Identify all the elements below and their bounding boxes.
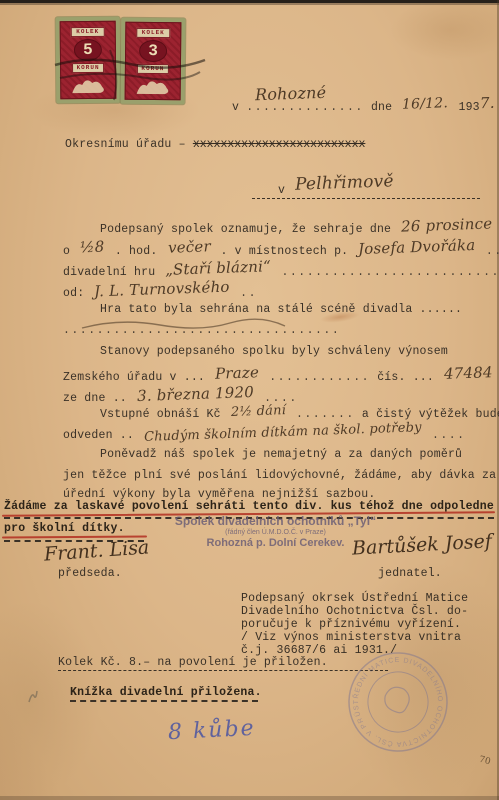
body-line-4: od: J. L. Turnovského .. xyxy=(63,282,257,300)
typed-text: Poněvadž náš spolek je nemajetný a za da… xyxy=(100,448,462,461)
place-underline xyxy=(252,198,480,199)
society-name: Spolek divadelních ochotníků „Tyl“ xyxy=(168,514,383,528)
scan-edge-bottom xyxy=(0,796,499,800)
handwritten-play-title: „Staří blázni“ xyxy=(165,257,272,279)
place-prefix: v xyxy=(278,184,285,197)
stamp-cancellation-mark xyxy=(50,20,210,120)
endorsement-line: poručuje k příznivému vyřízení. xyxy=(241,618,468,631)
chairman-role: předseda. xyxy=(58,567,122,580)
dotted-blank: .... xyxy=(432,429,466,442)
addressee-struck-text: xxxxxxxxxxxxxxxxxxxxxxxxx xyxy=(193,138,366,151)
typed-text: Podepsaný spolek oznamuje, že sehraje dn… xyxy=(100,223,391,236)
dateline: v Rohozné .............. dne 16/12. 1937… xyxy=(232,96,498,114)
pen-wave-strike xyxy=(80,316,290,332)
typed-text: o xyxy=(63,245,70,258)
secretary-role: jednatel. xyxy=(378,567,442,580)
dotted-blank: .. xyxy=(240,287,257,300)
typed-text: divadelní hru xyxy=(63,266,155,279)
handwritten-author: J. L. Turnovského xyxy=(94,278,230,301)
typed-text: od: xyxy=(63,287,84,300)
dateline-place-handwritten: Rohozné xyxy=(255,83,327,104)
request-line-2: pro školní dítky. xyxy=(4,522,125,535)
archive-corner-number: 70 xyxy=(478,755,492,767)
endorsement-line: Podepsaný okrsek Ústřední Matice xyxy=(241,592,468,605)
typed-text: jednatel. xyxy=(378,567,442,580)
dotted-blank: ............ xyxy=(269,371,370,384)
handwritten-fee: 2½ dání xyxy=(231,403,287,420)
stanovy-line-2: Zemského úřadu v ... Praze ............ … xyxy=(63,366,499,384)
typed-text: Stanovy podepsaného spolku byly schválen… xyxy=(100,345,448,358)
addressee-line: Okresnímu úřadu – xxxxxxxxxxxxxxxxxxxxxx… xyxy=(65,138,365,151)
body-line-2: o ½8 . hod. večer . v místnostech p. Jos… xyxy=(63,240,499,258)
dateline-dne: dne xyxy=(371,101,392,114)
kolek-line: Kolek Kč. 8.– na povolení je přiložen. xyxy=(58,656,328,669)
typed-text: jen těžce plní své poslání lidovýchovné,… xyxy=(63,469,496,482)
endorsement-line: / Viz výnos ministerstva vnitra xyxy=(241,631,468,644)
stanovy-line-3: ze dne .. 3. března 1920 .... xyxy=(63,387,298,405)
handwritten-beneficiary: Chudým školním dítkám na škol. potřeby xyxy=(144,420,422,445)
body-line-3: divadelní hru „Staří blázni“ ...........… xyxy=(63,261,499,279)
typed-text: Vstupné obnáší Kč xyxy=(100,408,221,421)
society-rubber-stamp: Spolek divadelních ochotníků „Tyl“ (řádn… xyxy=(168,514,383,549)
handwritten-date: 26 prosince xyxy=(401,214,493,235)
handwritten-evening: večer xyxy=(167,237,210,256)
dateline-day-handwritten: 16/12. xyxy=(402,95,449,113)
dotted-blank: ......... xyxy=(486,245,499,258)
society-membership: (řádný člen Ú.M.D.O.Č. v Praze) xyxy=(168,529,383,536)
ponevadz-line-2: jen těžce plní své poslání lidovýchovné,… xyxy=(63,469,496,482)
vstupne-line-1: Vstupné obnáší Kč 2½ dání ....... a čist… xyxy=(63,406,499,421)
handwritten-city: Praze xyxy=(215,363,260,383)
dateline-year-handwritten: 7. xyxy=(479,94,494,113)
knizka-line: Knížka divadelní přiložena. xyxy=(70,686,262,699)
typed-text: . v místnostech p. xyxy=(220,245,348,258)
place-line: v Pelhřimově xyxy=(278,178,397,198)
scan-edge-top-shadow xyxy=(0,3,499,5)
addressee-label: Okresnímu úřadu – xyxy=(65,138,186,151)
blue-pen-note: 8 kůbe xyxy=(167,716,256,746)
typed-text: Kolek Kč. 8.– na povolení je přiložen. xyxy=(58,656,328,669)
typed-text: Zemského úřadu v ... xyxy=(63,371,205,384)
typed-bold-text: pro školní dítky. xyxy=(4,522,125,535)
stanovy-line-1: Stanovy podepsaného spolku byly schválen… xyxy=(63,345,448,358)
vstupne-line-2: odveden .. Chudým školním dítkám na škol… xyxy=(63,427,466,442)
body-line-1: Podepsaný spolek oznamuje, že sehraje dn… xyxy=(63,218,499,236)
dateline-year-printed: 193 xyxy=(458,101,479,114)
handwritten-venue: Josefa Dvořáka xyxy=(358,236,476,258)
hra-line: Hra tato byla sehrána na stálé scéně div… xyxy=(63,303,462,316)
typed-text: odveden .. xyxy=(63,429,134,442)
ponevadz-line-1: Poněvadž náš spolek je nemajetný a za da… xyxy=(63,448,462,461)
place-handwritten: Pelhřimově xyxy=(295,171,394,194)
typed-text: a čistý výtěžek bude xyxy=(362,408,499,421)
typed-text: čís. ... xyxy=(377,371,434,384)
dotted-blank: .............................. xyxy=(281,266,499,279)
typed-text: ze dne .. xyxy=(63,392,127,405)
knizka-dash-underline xyxy=(70,700,258,702)
paper-stain xyxy=(390,0,499,60)
typed-text: . hod. xyxy=(115,245,158,258)
handwritten-number: 47484 xyxy=(444,363,493,383)
typed-bold-text: Knížka divadelní přiložena. xyxy=(70,686,262,699)
typed-text: předseda. xyxy=(58,567,122,580)
endorsement-line: Divadelního Ochotnictva Čsl. do- xyxy=(241,605,468,618)
handwritten-approval-date: 3. března 1920 xyxy=(137,383,255,405)
dotted-blank: ....... xyxy=(296,408,355,421)
pencil-mark xyxy=(26,688,40,706)
typed-text: Hra tato byla sehrána na stálé scéně div… xyxy=(100,303,462,316)
scanned-document-page: KOLEK 5 KORUN KOLEK 3 KORUN v Rohozné ..… xyxy=(0,0,499,800)
dateline-prefix: v xyxy=(232,101,239,114)
handwritten-time: ½8 xyxy=(80,238,105,257)
round-stamp-emblem xyxy=(381,684,413,717)
